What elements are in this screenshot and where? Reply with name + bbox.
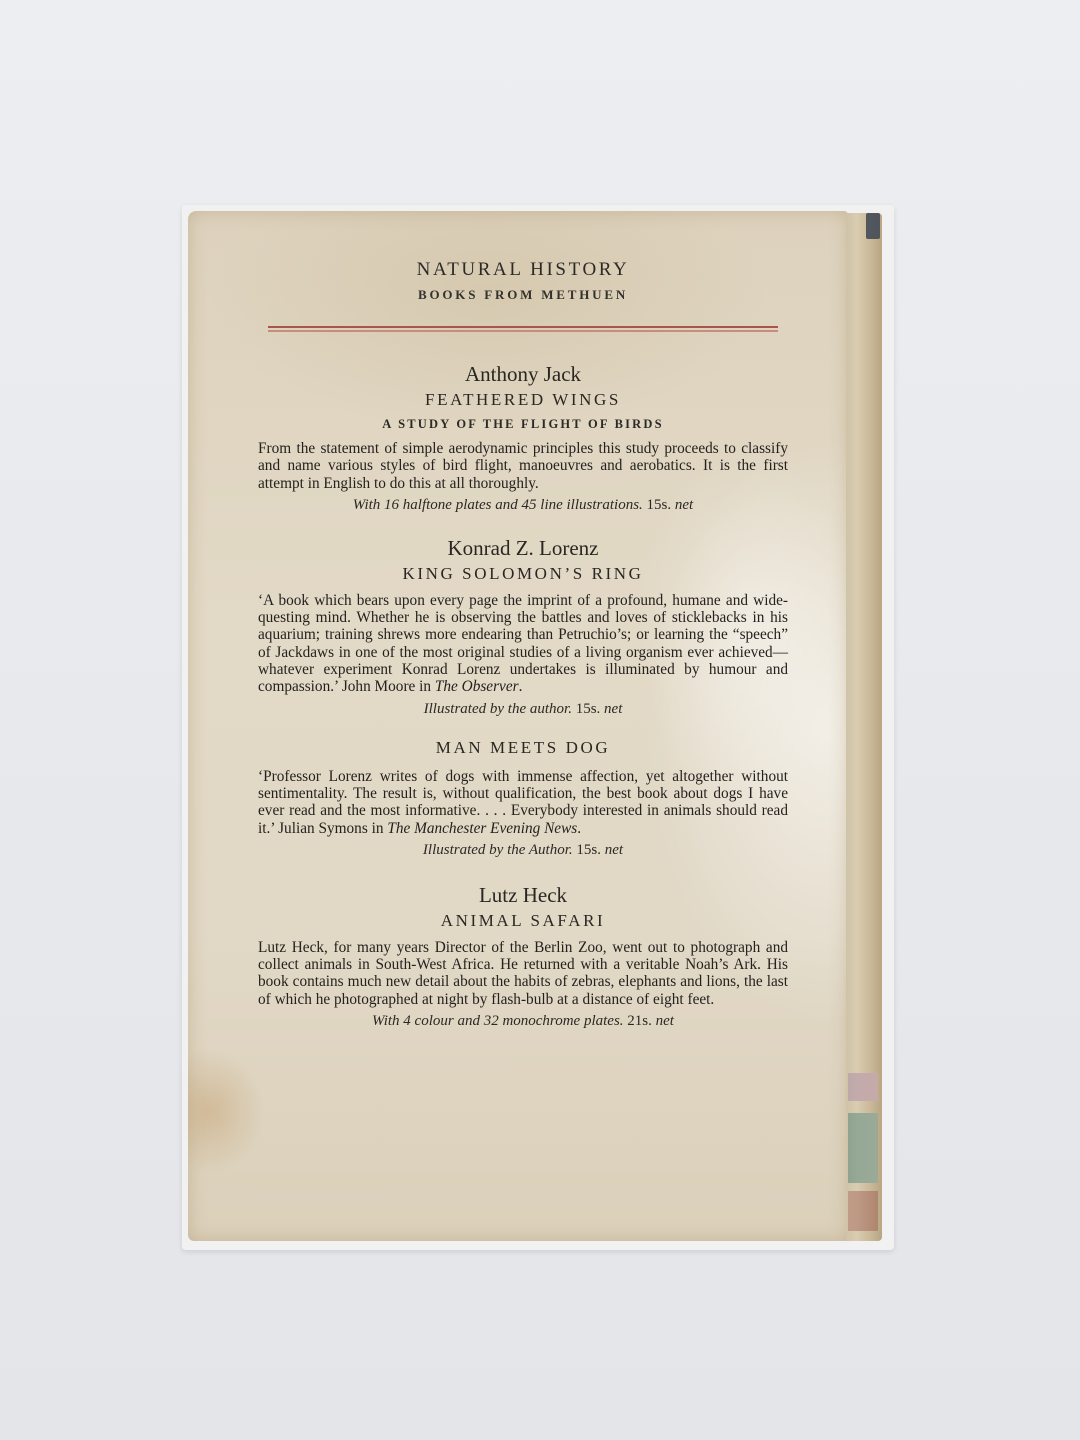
entry-note-text: With 4 colour and 32 monochrome plates. <box>372 1013 624 1029</box>
entry-author: Lutz Heck <box>258 883 788 908</box>
entry-note: Illustrated by the Author. 15s. net <box>258 842 788 859</box>
spine-color-band <box>848 1073 878 1101</box>
entry-note: With 16 halftone plates and 45 line illu… <box>258 497 788 514</box>
entry-price-suffix: net <box>656 1013 674 1029</box>
entry-title: FEATHERED WINGS <box>258 390 788 410</box>
entry-source-end: . <box>577 820 581 837</box>
entry-subtitle: A STUDY OF THE FLIGHT OF BIRDS <box>258 417 788 432</box>
entry-title: ANIMAL SAFARI <box>258 911 788 931</box>
entry-description: Lutz Heck, for many years Director of th… <box>258 939 788 1008</box>
entry-note-text: Illustrated by the Author. <box>423 842 573 858</box>
cover-content: NATURAL HISTORY BOOKS FROM METHUEN Antho… <box>258 251 788 1030</box>
entry-note: With 4 colour and 32 monochrome plates. … <box>258 1013 788 1030</box>
spine-color-band <box>848 1191 878 1231</box>
book-dust-jacket: NATURAL HISTORY BOOKS FROM METHUEN Antho… <box>182 205 894 1250</box>
entry-price-suffix: net <box>605 842 623 858</box>
book-entry-animal-safari: Lutz Heck ANIMAL SAFARI Lutz Heck, for m… <box>258 883 788 1030</box>
entry-description: From the statement of simple aerodynamic… <box>258 440 788 492</box>
entry-price-suffix: net <box>604 701 622 717</box>
entry-quote: ‘A book which bears upon every page the … <box>258 592 788 695</box>
entry-title: MAN MEETS DOG <box>258 738 788 758</box>
entry-author: Konrad Z. Lorenz <box>258 536 788 561</box>
entry-price: 21s. <box>627 1013 652 1029</box>
entry-note-text: With 16 halftone plates and 45 line illu… <box>353 497 643 513</box>
entry-description: ‘A book which bears upon every page the … <box>258 592 788 696</box>
entry-source: The Manchester Evening News <box>387 820 577 837</box>
entry-source-end: . <box>519 678 523 695</box>
back-cover: NATURAL HISTORY BOOKS FROM METHUEN Antho… <box>188 211 848 1241</box>
entry-source: The Observer <box>435 678 519 695</box>
book-spine-edge <box>846 213 882 1241</box>
book-entry-feathered-wings: Anthony Jack FEATHERED WINGS A STUDY OF … <box>258 362 788 514</box>
entry-note-text: Illustrated by the author. <box>424 701 572 717</box>
entry-description: ‘Professor Lorenz writes of dogs with im… <box>258 768 788 837</box>
entry-note: Illustrated by the author. 15s. net <box>258 701 788 718</box>
decorative-double-rule <box>268 326 778 333</box>
book-entry-king-solomons-ring: Konrad Z. Lorenz KING SOLOMON’S RING ‘A … <box>258 536 788 718</box>
entry-price: 15s. <box>576 842 601 858</box>
spine-cap <box>866 213 880 239</box>
book-entry-man-meets-dog: MAN MEETS DOG ‘Professor Lorenz writes o… <box>258 738 788 859</box>
spine-color-band <box>848 1113 878 1183</box>
entry-price: 15s. <box>647 497 672 513</box>
series-title: NATURAL HISTORY <box>258 259 788 281</box>
entry-price-suffix: net <box>675 497 693 513</box>
publisher-line: BOOKS FROM METHUEN <box>258 287 788 303</box>
entry-price: 15s. <box>576 701 601 717</box>
entry-author: Anthony Jack <box>258 362 788 387</box>
entry-title: KING SOLOMON’S RING <box>258 564 788 584</box>
